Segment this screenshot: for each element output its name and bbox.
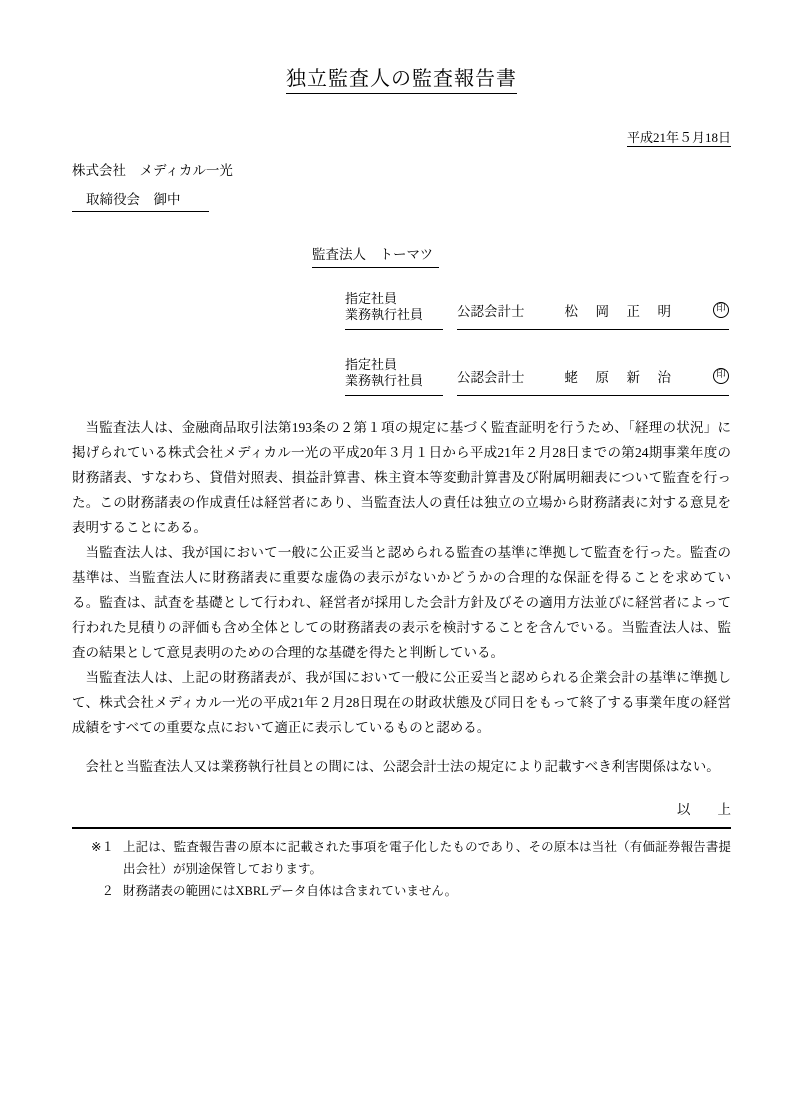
addressee-company: 株式会社 メディカル一光 [72, 159, 731, 179]
body-paragraph-scope: 当監査法人は、金融商品取引法第193条の２第１項の規定に基づく監査証明を行うため… [72, 415, 731, 540]
body-paragraph-opinion: 当監査法人は、上記の財務諸表が、我が国において一般に公正妥当と認められる企業会計… [72, 665, 731, 740]
signatory-role-line1: 指定社員 [345, 291, 443, 307]
page-title: 独立監査人の監査報告書 [72, 62, 731, 91]
seal-icon: 印 [713, 302, 729, 318]
closing-text: 以 上 [72, 798, 731, 818]
signatory-name-row: 公認会計士 蛯 原 新 治 印 [457, 366, 729, 396]
report-body: 当監査法人は、金融商品取引法第193条の２第１項の規定に基づく監査証明を行うため… [72, 415, 731, 779]
signatory-name: 蛯 原 新 治 [565, 366, 674, 386]
signatory-role: 指定社員 業務執行社員 [345, 291, 443, 330]
addressee-board-text: 取締役会 御中 [72, 188, 209, 212]
signatory-name: 松 岡 正 明 [565, 300, 674, 320]
footnote-text: 上記は、監査報告書の原本に記載された事項を電子化したものであり、その原本は当社（… [123, 836, 731, 880]
footnotes: ※１ 上記は、監査報告書の原本に記載された事項を電子化したものであり、その原本は… [72, 836, 731, 902]
audit-report-page: 独立監査人の監査報告書 平成21年５月18日 株式会社 メディカル一光 取締役会… [0, 0, 790, 1118]
footnote-marker: ２ [88, 880, 114, 902]
footnote-divider [72, 827, 731, 829]
report-date: 平成21年５月18日 [72, 127, 731, 146]
footnote-text: 財務諸表の範囲にはXBRLデータ自体は含まれていません。 [123, 880, 731, 902]
signatory-title: 公認会計士 [457, 300, 525, 320]
signature-block-1: 指定社員 業務執行社員 公認会計士 松 岡 正 明 印 [345, 291, 731, 330]
signatory-title: 公認会計士 [457, 366, 525, 386]
signature-block-2: 指定社員 業務執行社員 公認会計士 蛯 原 新 治 印 [345, 357, 731, 396]
body-paragraph-relationship: 会社と当監査法人又は業務執行社員との間には、公認会計士法の規定により記載すべき利… [72, 754, 731, 779]
signatory-role-line1: 指定社員 [345, 357, 443, 373]
footnote-marker: ※１ [88, 836, 114, 880]
footnote-1: ※１ 上記は、監査報告書の原本に記載された事項を電子化したものであり、その原本は… [88, 836, 731, 880]
body-paragraph-standards: 当監査法人は、我が国において一般に公正妥当と認められる監査の基準に準拠して監査を… [72, 540, 731, 665]
audit-firm-name: 監査法人 トーマツ [312, 243, 731, 268]
signatory-role-line2: 業務執行社員 [345, 373, 443, 389]
report-date-text: 平成21年５月18日 [627, 130, 731, 147]
signatory-name-row: 公認会計士 松 岡 正 明 印 [457, 300, 729, 330]
addressee-board: 取締役会 御中 [72, 188, 731, 212]
signatory-role: 指定社員 業務執行社員 [345, 357, 443, 396]
footnote-2: ２ 財務諸表の範囲にはXBRLデータ自体は含まれていません。 [88, 880, 731, 902]
seal-icon: 印 [713, 368, 729, 384]
audit-firm-text: 監査法人 トーマツ [312, 243, 439, 268]
page-title-text: 独立監査人の監査報告書 [286, 68, 517, 94]
signatory-role-line2: 業務執行社員 [345, 307, 443, 323]
